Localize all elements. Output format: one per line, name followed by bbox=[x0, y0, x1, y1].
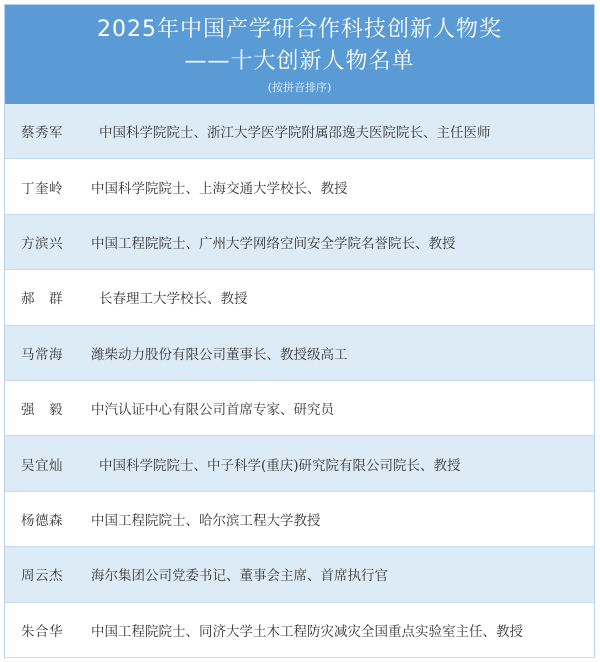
list-item: 马常海 潍柴动力股份有限公司董事长、教授级高工 bbox=[5, 326, 594, 381]
page-subtitle-heading: ——十大创新人物名单 bbox=[5, 48, 594, 76]
person-name: 方滨兴 bbox=[5, 232, 79, 252]
person-name: 朱合华 bbox=[5, 620, 79, 640]
person-title: 中国科学院院士、上海交通大学校长、教授 bbox=[79, 177, 594, 197]
person-name: 周云杰 bbox=[5, 564, 79, 584]
list-item: 蔡秀军 中国科学院院士、浙江大学医学院附属邵逸夫医院院长、主任医师 bbox=[5, 104, 594, 159]
list-item: 吴宜灿 中国科学院院士、中子科学(重庆)研究院有限公司院长、教授 bbox=[5, 436, 594, 491]
person-name: 郝 群 bbox=[5, 287, 79, 307]
person-name: 马常海 bbox=[5, 343, 79, 363]
list-item: 方滨兴 中国工程院院士、广州大学网络空间安全学院名誉院长、教授 bbox=[5, 215, 594, 270]
person-name: 杨德森 bbox=[5, 509, 79, 529]
person-title: 海尔集团公司党委书记、董事会主席、首席执行官 bbox=[79, 564, 594, 584]
person-title: 中国科学院院士、浙江大学医学院附属邵逸夫医院院长、主任医师 bbox=[79, 121, 594, 141]
person-name: 强 毅 bbox=[5, 398, 79, 418]
sort-note: (按拼音排序) bbox=[5, 81, 594, 95]
header-banner: 2025年中国产学研合作科技创新人物奖 ——十大创新人物名单 (按拼音排序) bbox=[5, 5, 594, 104]
person-name: 丁奎岭 bbox=[5, 177, 79, 197]
person-title: 长春理工大学校长、教授 bbox=[79, 287, 594, 307]
list-item: 杨德森 中国工程院院士、哈尔滨工程大学教授 bbox=[5, 492, 594, 547]
list-item: 强 毅 中汽认证中心有限公司首席专家、研究员 bbox=[5, 381, 594, 436]
person-title: 中国工程院院士、广州大学网络空间安全学院名誉院长、教授 bbox=[79, 232, 594, 252]
person-title: 中国工程院院士、同济大学土木工程防灾减灾全国重点实验室主任、教授 bbox=[79, 620, 594, 640]
page-title: 2025年中国产学研合作科技创新人物奖 bbox=[5, 16, 594, 44]
award-list-card: 2025年中国产学研合作科技创新人物奖 ——十大创新人物名单 (按拼音排序) 蔡… bbox=[4, 4, 595, 658]
person-title: 中国工程院院士、哈尔滨工程大学教授 bbox=[79, 509, 594, 529]
people-list: 蔡秀军 中国科学院院士、浙江大学医学院附属邵逸夫医院院长、主任医师 丁奎岭 中国… bbox=[5, 104, 594, 658]
list-item: 丁奎岭 中国科学院院士、上海交通大学校长、教授 bbox=[5, 159, 594, 214]
person-name: 蔡秀军 bbox=[5, 121, 79, 141]
person-title: 中国科学院院士、中子科学(重庆)研究院有限公司院长、教授 bbox=[79, 454, 594, 474]
person-title: 潍柴动力股份有限公司董事长、教授级高工 bbox=[79, 343, 594, 363]
list-item: 周云杰 海尔集团公司党委书记、董事会主席、首席执行官 bbox=[5, 547, 594, 602]
list-item: 朱合华 中国工程院院士、同济大学土木工程防灾减灾全国重点实验室主任、教授 bbox=[5, 603, 594, 658]
person-title: 中汽认证中心有限公司首席专家、研究员 bbox=[79, 398, 594, 418]
list-item: 郝 群 长春理工大学校长、教授 bbox=[5, 270, 594, 325]
person-name: 吴宜灿 bbox=[5, 454, 79, 474]
